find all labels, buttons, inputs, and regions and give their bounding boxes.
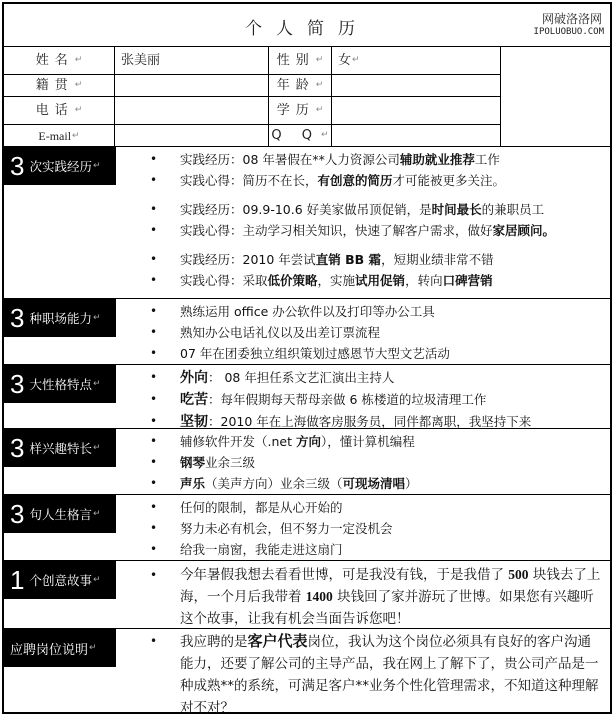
list-item: 实践心得：主动学习相关知识，快速了解客户需求，做好家居顾问。 — [150, 220, 604, 241]
item-list: 实践经历：08 年暑假在**人力资源公司辅助就业推荐工作 实践心得：简历不在长，… — [150, 149, 604, 291]
section-personality: 3 大性格特点 ↵ 外向： 08 年担任系文艺汇演出主持人 吃苦：每年假期每天帮… — [4, 364, 610, 428]
section-label: 句人生格言 — [29, 505, 92, 523]
section-mottos: 3 句人生格言 ↵ 任何的限制，都是从心开始的 努力未必有机会，但不努力一定没机… — [4, 494, 610, 560]
section-count: 3 — [10, 369, 24, 400]
section-label: 样兴趣特长 — [29, 439, 92, 457]
photo-placeholder — [501, 46, 610, 147]
page-title: 个人简历 — [4, 14, 610, 39]
section-practice-experience: 3 次实践经历 ↵ 实践经历：08 年暑假在**人力资源公司辅助就业推荐工作 实… — [4, 147, 610, 298]
section-label: 种职场能力 — [29, 309, 92, 327]
list-item: 给我一扇窗，我能走进这扇门 — [150, 539, 604, 560]
list-item: 今年暑假我想去看看世博，可是我没有钱，于是我借了 500 块钱去了上海，一个月后… — [150, 564, 604, 630]
title-row: 个人简历 网破洛洛网 IPOLUOBUO.COM — [4, 4, 610, 47]
qq-label: Q Q↵ — [269, 125, 332, 147]
section-label: 大性格特点 — [29, 375, 92, 393]
section-label: 应聘岗位说明 — [10, 639, 88, 658]
hometown-label: 籍贯↵ — [4, 75, 115, 97]
list-item: 吃苦：每年假期每天帮母亲做 6 栋楼道的垃圾清理工作 — [150, 389, 604, 411]
email-label: E-mail↵ — [4, 125, 115, 147]
list-item: 07 年在团委独立组织策划过感恩节大型文艺活动 — [150, 343, 604, 364]
list-item: 声乐（美声方向）业余三级（可现场清唱） — [150, 473, 604, 494]
name-label: 姓名↵ — [4, 46, 115, 75]
list-item: 努力未必有机会，但不努力一定没机会 — [150, 518, 604, 539]
gender-value[interactable]: 女↵ — [332, 46, 501, 75]
section-count: 3 — [10, 303, 24, 334]
section-tag: 3 次实践经历 ↵ — [4, 147, 116, 185]
section-count: 1 — [10, 565, 24, 596]
section-tag: 应聘岗位说明 ↵ — [4, 629, 116, 667]
section-tag: 3 种职场能力 ↵ — [4, 299, 116, 337]
gender-label: 性别↵ — [269, 46, 332, 75]
section-creative-story: 1 个创意故事 ↵ 今年暑假我想去看看世博，可是我没有钱，于是我借了 500 块… — [4, 560, 610, 628]
list-item: 我应聘的是客户代表岗位，我认为这个岗位必须具有良好的客户沟通能力，还要了解公司的… — [150, 630, 604, 718]
email-value[interactable] — [115, 125, 269, 147]
item-list: 任何的限制，都是从心开始的 努力未必有机会，但不努力一定没机会 给我一扇窗，我能… — [150, 497, 604, 560]
section-count: 3 — [10, 433, 24, 464]
paragraph: 我应聘的是客户代表岗位，我认为这个岗位必须具有良好的客户沟通能力，还要了解公司的… — [150, 630, 604, 718]
list-item: 实践经历：2010 年尝试直销 BB 霜，短期业绩非常不错 — [150, 249, 604, 270]
section-position-description: 应聘岗位说明 ↵ 我应聘的是客户代表岗位，我认为这个岗位必须具有良好的客户沟通能… — [4, 628, 610, 712]
list-item: 辅修软件开发（.net 方向），懂计算机编程 — [150, 431, 604, 452]
qq-value[interactable] — [332, 125, 501, 147]
section-count: 3 — [10, 499, 24, 530]
education-label: 学历↵ — [269, 97, 332, 125]
section-label: 次实践经历 — [29, 157, 92, 175]
list-item: 熟知办公电话礼仪以及出差订票流程 — [150, 322, 604, 343]
list-item: 熟练运用 office 办公软件以及打印等办公工具 — [150, 301, 604, 322]
name-value[interactable]: 张美丽 — [115, 46, 269, 75]
personal-info-table: 姓名↵ 张美丽 性别↵ 女↵ 籍贯↵ 年龄↵ 电话↵ 学历↵ E-mail↵ Q… — [4, 46, 610, 147]
paragraph: 今年暑假我想去看看世博，可是我没有钱，于是我借了 500 块钱去了上海，一个月后… — [150, 564, 604, 630]
hometown-value[interactable] — [115, 75, 269, 97]
list-item: 外向： 08 年担任系文艺汇演出主持人 — [150, 367, 604, 389]
age-label: 年龄↵ — [269, 75, 332, 97]
watermark-url: IPOLUOBUO.COM — [534, 27, 604, 37]
section-tag: 3 大性格特点 ↵ — [4, 365, 116, 403]
list-item: 实践经历：09.9-10.6 好美家做吊顶促销，是时间最长的兼职员工 — [150, 199, 604, 220]
item-list: 熟练运用 office 办公软件以及打印等办公工具 熟知办公电话礼仪以及出差订票… — [150, 301, 604, 364]
list-item: 实践心得：简历不在长，有创意的简历才可能被更多关注。 — [150, 170, 604, 191]
phone-value[interactable] — [115, 97, 269, 125]
section-hobbies: 3 样兴趣特长 ↵ 辅修软件开发（.net 方向），懂计算机编程 钢琴业余三级 … — [4, 428, 610, 494]
list-item: 实践心得：采取低价策略，实施试用促销，转向口碑营销 — [150, 270, 604, 291]
section-tag: 3 句人生格言 ↵ — [4, 495, 116, 533]
item-list: 外向： 08 年担任系文艺汇演出主持人 吃苦：每年假期每天帮母亲做 6 栋楼道的… — [150, 367, 604, 433]
section-tag: 1 个创意故事 ↵ — [4, 561, 116, 599]
phone-label: 电话↵ — [4, 97, 115, 125]
age-value[interactable] — [332, 75, 501, 97]
section-label: 个创意故事 — [29, 571, 92, 589]
watermark-text: 网破洛洛网 — [542, 10, 602, 27]
list-item: 任何的限制，都是从心开始的 — [150, 497, 604, 518]
item-list: 辅修软件开发（.net 方向），懂计算机编程 钢琴业余三级 声乐（美声方向）业余… — [150, 431, 604, 494]
section-tag: 3 样兴趣特长 ↵ — [4, 429, 116, 467]
list-item: 实践经历：08 年暑假在**人力资源公司辅助就业推荐工作 — [150, 149, 604, 170]
resume-page: 个人简历 网破洛洛网 IPOLUOBUO.COM 姓名↵ 张美丽 性别↵ 女↵ … — [2, 2, 612, 714]
education-value[interactable] — [332, 97, 501, 125]
section-workplace-skills: 3 种职场能力 ↵ 熟练运用 office 办公软件以及打印等办公工具 熟知办公… — [4, 298, 610, 364]
section-count: 3 — [10, 151, 24, 182]
list-item: 钢琴业余三级 — [150, 452, 604, 473]
